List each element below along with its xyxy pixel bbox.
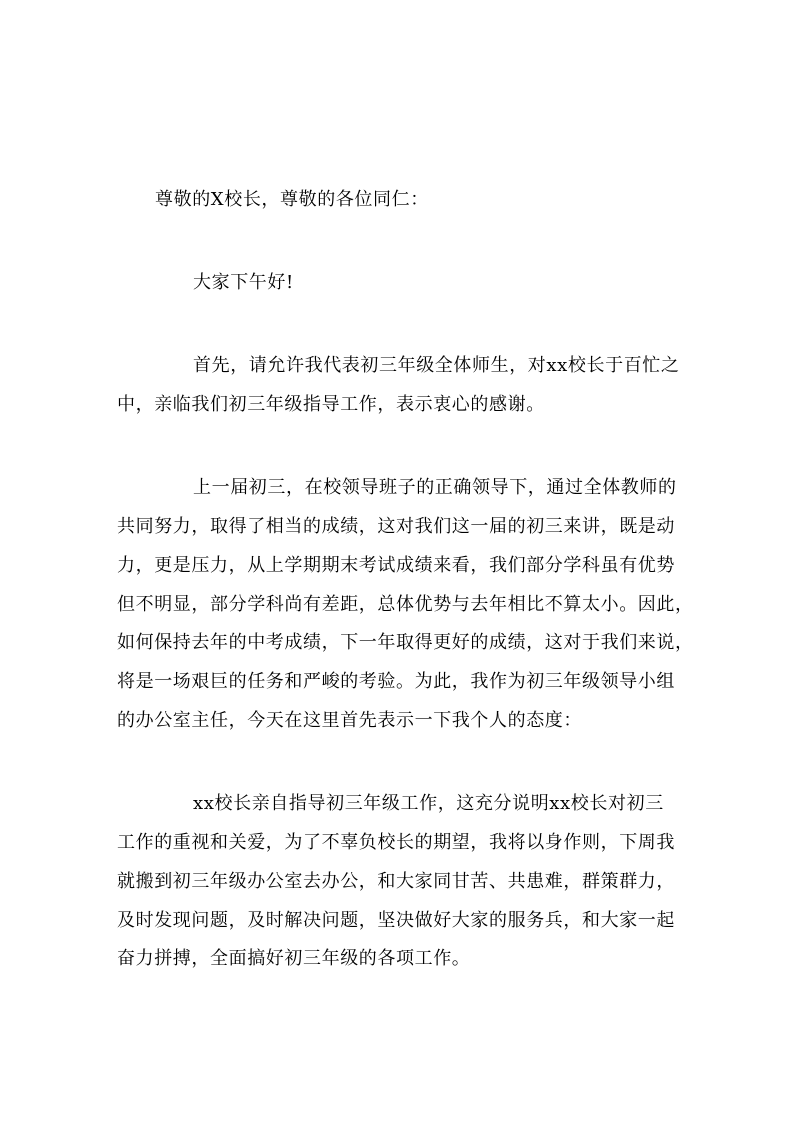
paragraph-line: 如何保持去年的中考成绩，下一年取得更好的成绩，这对于我们来说， (117, 632, 694, 654)
salutation: 尊敬的X校长，尊敬的各位同仁： (155, 189, 429, 211)
paragraph-line: 的办公室主任，今天在这里首先表示一下我个人的态度： (117, 710, 582, 732)
paragraph-line: 奋力拼搏，全面搞好初三年级的各项工作。 (117, 948, 470, 970)
paragraph-line: 工作的重视和关爱，为了不辜负校长的期望，我将以身作则，下周我 (117, 832, 675, 854)
paragraph-line: 将是一场艰巨的任务和严峻的考验。为此，我作为初三年级领导小组 (117, 671, 675, 693)
paragraph-line: 及时发现问题，及时解决问题，坚决做好大家的服务兵，和大家一起 (117, 910, 675, 932)
paragraph-line: 上一届初三，在校领导班子的正确领导下，通过全体教师的 (193, 477, 677, 499)
paragraph-line: 力，更是压力，从上学期期末考试成绩来看，我们部分学科虽有优势 (117, 555, 675, 577)
paragraph-line: 共同努力，取得了相当的成绩，这对我们这一届的初三来讲，既是动 (117, 516, 675, 538)
paragraph-line: xx校长亲自指导初三年级工作，这充分说明xx校长对初三 (193, 793, 664, 815)
paragraph-line: 就搬到初三年级办公室去办公，和大家同甘苦、共患难，群策群力， (117, 871, 675, 893)
paragraph-line: 首先，请允许我代表初三年级全体师生，对xx校长于百忙之 (193, 355, 680, 377)
paragraph-line: 但不明显，部分学科尚有差距，总体优势与去年相比不算太小。因此， (117, 594, 694, 616)
greeting: 大家下午好! (193, 272, 294, 294)
paragraph-line: 中，亲临我们初三年级指导工作，表示衷心的感谢。 (117, 394, 545, 416)
document-page: 尊敬的X校长，尊敬的各位同仁： 大家下午好! 首先，请允许我代表初三年级全体师生… (0, 0, 793, 1122)
